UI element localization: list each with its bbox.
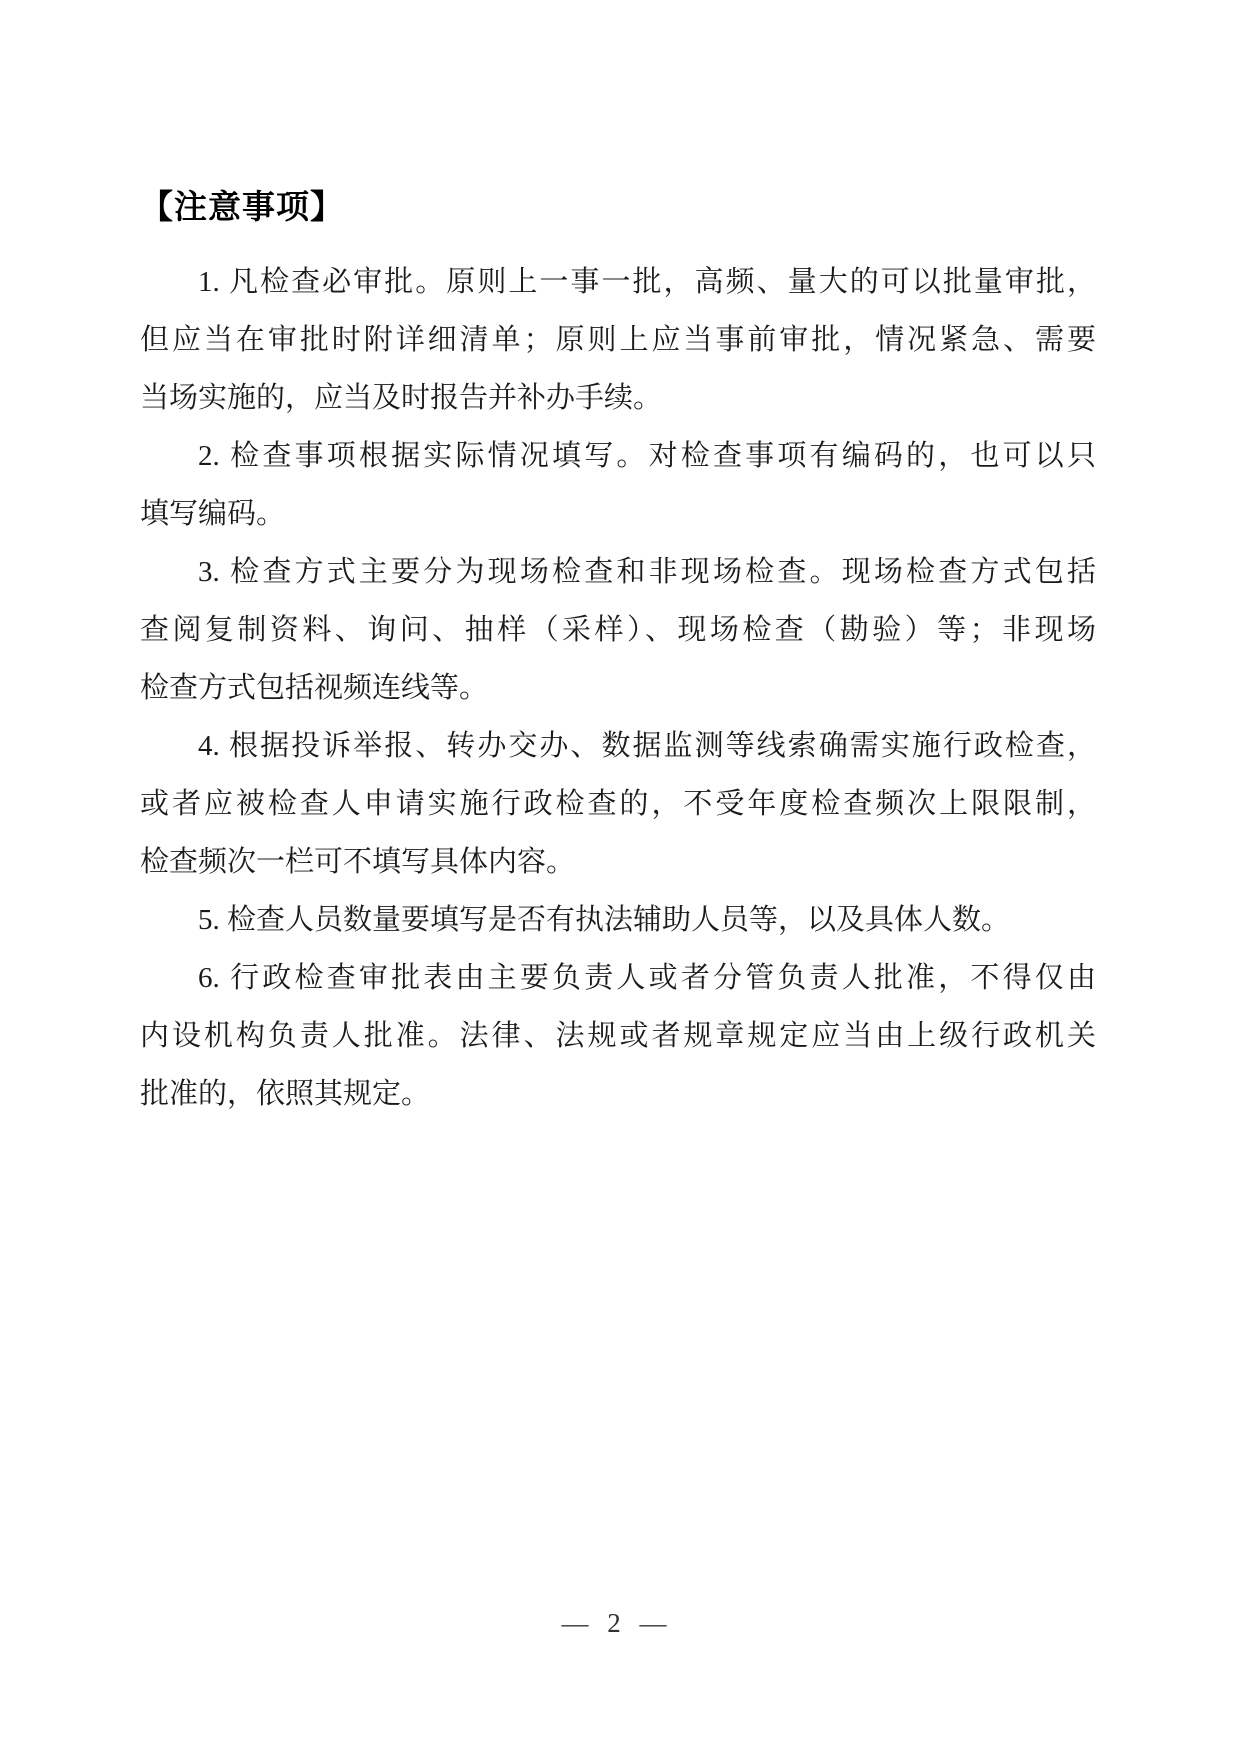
section-heading: 【注意事项】 (140, 185, 1096, 229)
text-line: 内设机构负责人批准。法律、法规或者规章规定应当由上级行政机关 (140, 1007, 1096, 1065)
note-item-3: 3. 检查方式主要分为现场检查和非现场检查。现场检查方式包括 查阅复制资料、询问… (140, 543, 1096, 717)
text-line: 批准的，依照其规定。 (140, 1065, 1096, 1123)
notes-body: 1. 凡检查必审批。原则上一事一批，高频、量大的可以批量审批， 但应当在审批时附… (140, 253, 1096, 1123)
text-line: 1. 凡检查必审批。原则上一事一批，高频、量大的可以批量审批， (140, 253, 1096, 311)
note-item-1: 1. 凡检查必审批。原则上一事一批，高频、量大的可以批量审批， 但应当在审批时附… (140, 253, 1096, 427)
text-line: 填写编码。 (140, 485, 1096, 543)
note-item-5: 5. 检查人员数量要填写是否有执法辅助人员等，以及具体人数。 (140, 891, 1096, 949)
text-line: 查阅复制资料、询问、抽样（采样）、现场检查（勘验）等；非现场 (140, 601, 1096, 659)
text-line: 检查方式包括视频连线等。 (140, 659, 1096, 717)
page-number: — 2 — (0, 1608, 1234, 1639)
note-item-6: 6. 行政检查审批表由主要负责人或者分管负责人批准，不得仅由 内设机构负责人批准… (140, 949, 1096, 1123)
note-item-4: 4. 根据投诉举报、转办交办、数据监测等线索确需实施行政检查， 或者应被检查人申… (140, 717, 1096, 891)
text-line: 检查频次一栏可不填写具体内容。 (140, 833, 1096, 891)
text-line: 5. 检查人员数量要填写是否有执法辅助人员等，以及具体人数。 (140, 891, 1096, 949)
note-item-2: 2. 检查事项根据实际情况填写。对检查事项有编码的，也可以只 填写编码。 (140, 427, 1096, 543)
page-content: 【注意事项】 1. 凡检查必审批。原则上一事一批，高频、量大的可以批量审批， 但… (140, 185, 1096, 1123)
document-page: 【注意事项】 1. 凡检查必审批。原则上一事一批，高频、量大的可以批量审批， 但… (0, 0, 1234, 1745)
text-line: 当场实施的，应当及时报告并补办手续。 (140, 369, 1096, 427)
text-line: 2. 检查事项根据实际情况填写。对检查事项有编码的，也可以只 (140, 427, 1096, 485)
text-line: 6. 行政检查审批表由主要负责人或者分管负责人批准，不得仅由 (140, 949, 1096, 1007)
text-line: 或者应被检查人申请实施行政检查的，不受年度检查频次上限限制， (140, 775, 1096, 833)
text-line: 但应当在审批时附详细清单；原则上应当事前审批，情况紧急、需要 (140, 311, 1096, 369)
text-line: 3. 检查方式主要分为现场检查和非现场检查。现场检查方式包括 (140, 543, 1096, 601)
text-line: 4. 根据投诉举报、转办交办、数据监测等线索确需实施行政检查， (140, 717, 1096, 775)
